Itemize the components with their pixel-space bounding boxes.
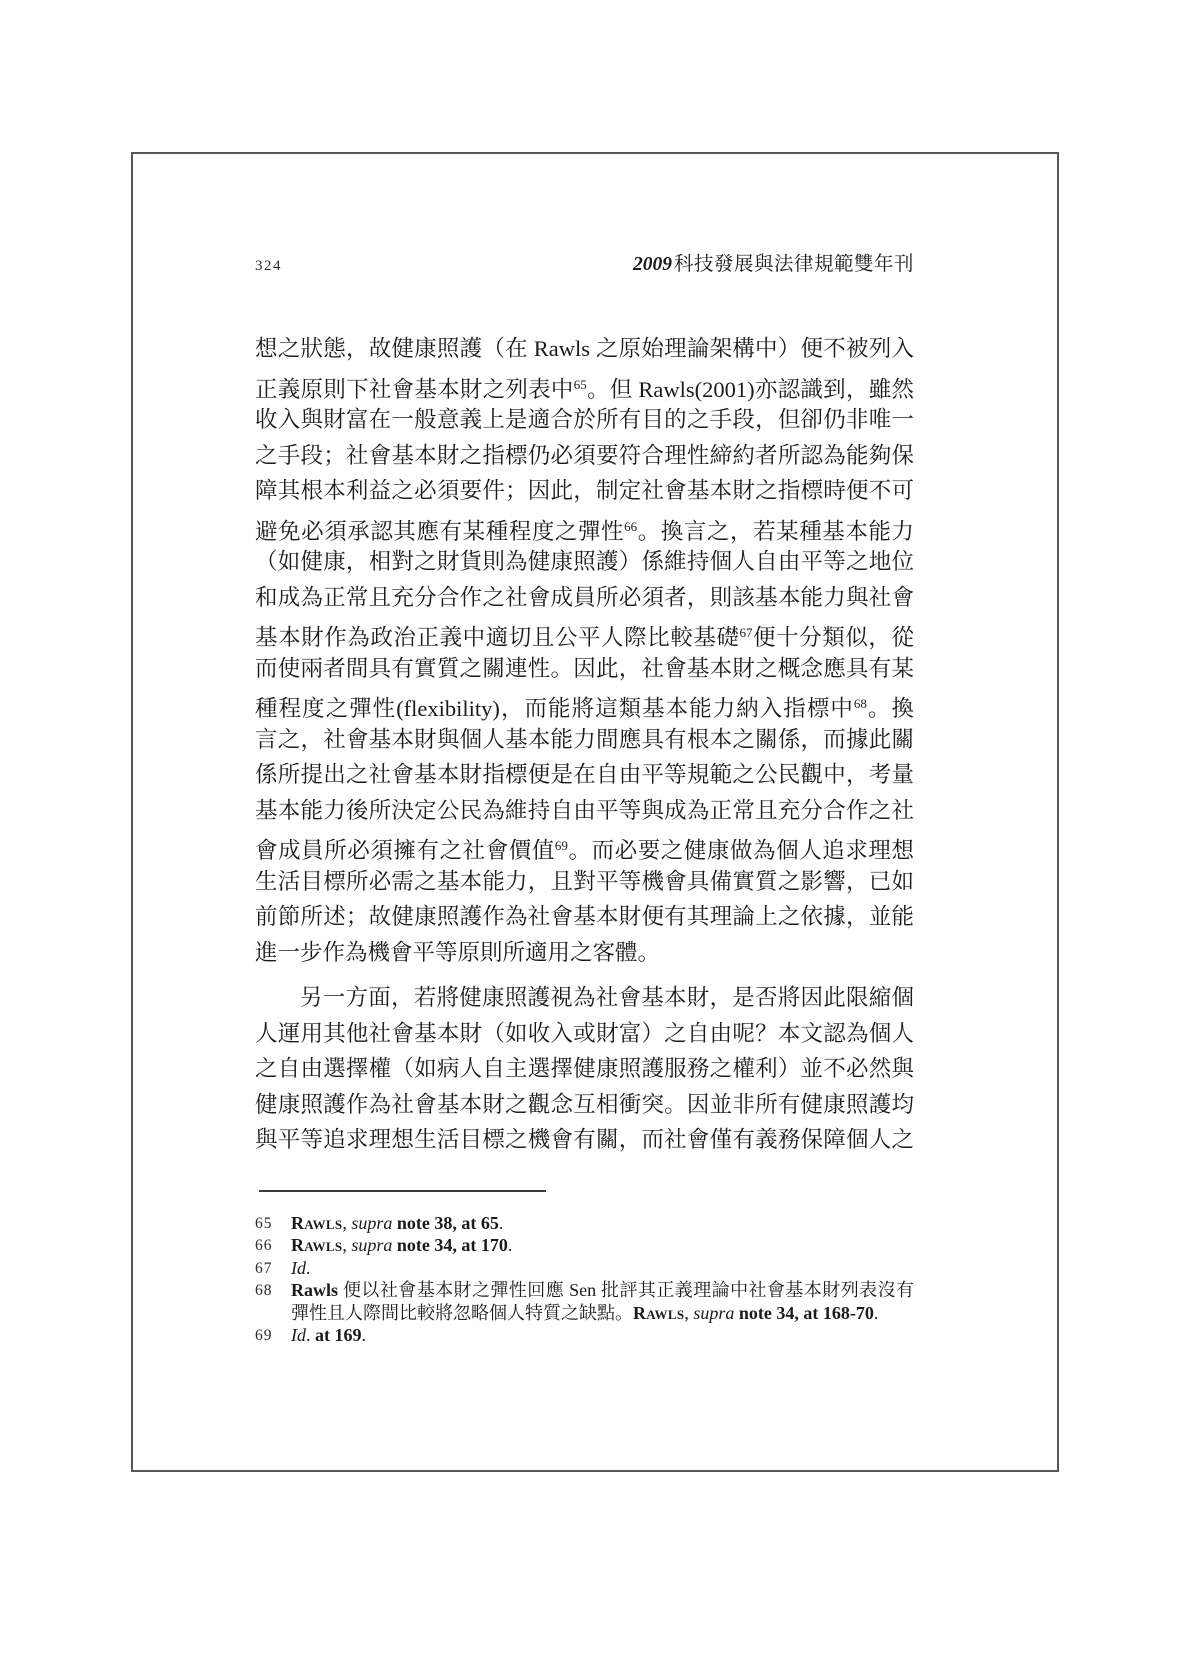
text-segment: 係所提出之社會基本財指標便是在自由平等規範之公民觀中，考量 xyxy=(255,762,914,787)
footnote-ref-68: 68 xyxy=(854,696,867,711)
footnote-ref-67: 67 xyxy=(739,625,752,640)
text-segment: 和成為正常且充分合作之社會成員所必須者，則該基本能力與社會 xyxy=(255,585,914,610)
scanned-document-page: 324 2009科技發展與法律規範雙年刊 想之狀態，故健康照護（在 Rawls … xyxy=(0,0,1177,1664)
footnote-67: 67Id. xyxy=(255,1257,914,1279)
text-line: 人運用其他社會基本財（如收入或財富）之自由呢？本文認為個人 xyxy=(255,1016,914,1052)
text-segment: Rawls xyxy=(633,1303,684,1323)
text-segment: 之手段；社會基本財之指標仍必須要符合理性締約者所認為能夠保 xyxy=(255,443,914,468)
paragraph-1: 想之狀態，故健康照護（在 Rawls 之原始理論架構中）便不被列入正義原則下社會… xyxy=(255,331,914,970)
text-segment: 人運用其他社會基本財（如收入或財富）之自由呢？本文認為個人 xyxy=(255,1021,914,1046)
text-segment: . xyxy=(362,1325,367,1345)
text-segment: note 34, at 170 xyxy=(397,1235,508,1255)
text-segment: 收入與財富在一般意義上是適合於所有目的之手段，但卻仍非唯一 xyxy=(255,407,914,432)
text-segment: Rawls xyxy=(291,1280,338,1300)
footnote-number: 67 xyxy=(255,1258,273,1280)
text-segment: 而使兩者間具有實質之關連性。因此，社會基本財之概念應具有某 xyxy=(255,656,914,681)
text-segment: 之原始理論架構中）便不被列入 xyxy=(590,336,914,361)
text-segment: Rawls xyxy=(291,1235,342,1255)
text-segment: 批評其正義理論中社會基本財列表沒有 xyxy=(596,1280,914,1300)
text-segment: 基本財作為政治正義中適切且公平人際比較基礎 xyxy=(255,625,739,650)
footnote-line: Id. xyxy=(291,1257,914,1279)
text-line: 想之狀態，故健康照護（在 Rawls 之原始理論架構中）便不被列入 xyxy=(255,331,914,367)
text-line: 種程度之彈性(flexibility)，而能將這類基本能力納入指標中68。換 xyxy=(255,686,914,722)
page-frame: 324 2009科技發展與法律規範雙年刊 想之狀態，故健康照護（在 Rawls … xyxy=(131,152,1059,1472)
text-line: 之手段；社會基本財之指標仍必須要符合理性締約者所認為能夠保 xyxy=(255,438,914,474)
text-segment: . xyxy=(499,1213,504,1233)
text-line: 言之，社會基本財與個人基本能力間應具有根本之關係，而據此關 xyxy=(255,722,914,758)
footnote-number: 69 xyxy=(255,1325,273,1347)
text-segment: . xyxy=(508,1235,513,1255)
page-number: 324 xyxy=(255,258,282,275)
text-segment: supra xyxy=(351,1235,392,1255)
text-segment: 。但 xyxy=(587,377,639,402)
text-segment: 與平等追求理想生活目標之機會有關，而社會僅有義務保障個人之 xyxy=(255,1127,914,1152)
text-line: 進一步作為機會平等原則所適用之客體。 xyxy=(255,935,914,971)
text-segment: , xyxy=(342,1235,351,1255)
text-segment: 正義原則下社會基本財之列表中 xyxy=(255,377,574,402)
text-segment: 亦認識到，雖然 xyxy=(755,377,914,402)
footnote-65: 65Rawls, supra note 38, at 65. xyxy=(255,1212,914,1234)
text-line: 基本財作為政治正義中適切且公平人際比較基礎67便十分類似，從 xyxy=(255,615,914,651)
text-segment: Rawls xyxy=(534,336,590,361)
text-segment: . xyxy=(874,1303,879,1323)
text-segment: 前節所述；故健康照護作為社會基本財便有其理論上之依據，並能 xyxy=(255,904,914,929)
text-segment: 種程度之彈性 xyxy=(255,696,396,721)
footnote-69: 69Id. at 169. xyxy=(255,1324,914,1346)
text-segment: Sen xyxy=(569,1280,596,1300)
text-line: 生活目標所必需之基本能力，且對平等機會具備實質之影響，已如 xyxy=(255,864,914,900)
text-segment: . xyxy=(306,1325,315,1345)
text-segment: 之自由選擇權（如病人自主選擇健康照護服務之權利）並不必然與 xyxy=(255,1056,914,1081)
body-text: 想之狀態，故健康照護（在 Rawls 之原始理論架構中）便不被列入正義原則下社會… xyxy=(255,331,914,1158)
text-line: 另一方面，若將健康照護視為社會基本財，是否將因此限縮個 xyxy=(255,980,914,1016)
text-segment: supra xyxy=(693,1303,734,1323)
text-segment: note 38, at 65 xyxy=(397,1213,499,1233)
text-segment: 基本能力後所決定公民為維持自由平等與成為正常且充分合作之社 xyxy=(255,798,914,823)
footnote-ref-69: 69 xyxy=(555,838,568,853)
text-segment: . xyxy=(306,1258,311,1278)
text-line: 避免必須承認其應有某種程度之彈性66。換言之，若某種基本能力 xyxy=(255,509,914,545)
text-segment: 言之，社會基本財與個人基本能力間應具有根本之關係，而據此關 xyxy=(255,727,914,752)
text-segment: Rawls(2001) xyxy=(638,377,754,402)
page-header: 324 2009科技發展與法律規範雙年刊 xyxy=(255,248,914,276)
text-line: 障其根本利益之必須要件；因此，制定社會基本財之指標時便不可 xyxy=(255,473,914,509)
text-line: 而使兩者間具有實質之關連性。因此，社會基本財之概念應具有某 xyxy=(255,651,914,687)
text-segment: 彈性且人際間比較將忽略個人特質之缺點。 xyxy=(291,1303,633,1323)
journal-name: 科技發展與法律規範雙年刊 xyxy=(674,254,914,275)
journal-year: 2009 xyxy=(633,254,672,275)
text-line: 正義原則下社會基本財之列表中65。但 Rawls(2001)亦認識到，雖然 xyxy=(255,367,914,403)
paragraph-2: 另一方面，若將健康照護視為社會基本財，是否將因此限縮個人運用其他社會基本財（如收… xyxy=(255,980,914,1158)
footnote-line: 彈性且人際間比較將忽略個人特質之缺點。Rawls, supra note 34,… xyxy=(291,1302,914,1324)
text-segment: 便十分類似，從 xyxy=(752,625,914,650)
text-segment: , xyxy=(684,1303,693,1323)
text-segment: Id xyxy=(291,1325,306,1345)
text-line: 之自由選擇權（如病人自主選擇健康照護服務之權利）並不必然與 xyxy=(255,1051,914,1087)
footnote-68: 68Rawls 便以社會基本財之彈性回應 Sen 批評其正義理論中社會基本財列表… xyxy=(255,1279,914,1324)
text-segment: 想之狀態，故健康照護（在 xyxy=(255,336,534,361)
footnote-line: Rawls 便以社會基本財之彈性回應 Sen 批評其正義理論中社會基本財列表沒有 xyxy=(291,1279,914,1301)
footnote-line: Id. at 169. xyxy=(291,1324,914,1346)
text-segment: 進一步作為機會平等原則所適用之客體。 xyxy=(255,940,660,965)
text-line: 與平等追求理想生活目標之機會有關，而社會僅有義務保障個人之 xyxy=(255,1122,914,1158)
text-line: 係所提出之社會基本財指標便是在自由平等規範之公民觀中，考量 xyxy=(255,757,914,793)
footnote-line: Rawls, supra note 38, at 65. xyxy=(291,1212,914,1234)
text-segment: at 169 xyxy=(315,1325,362,1345)
text-line: 和成為正常且充分合作之社會成員所必須者，則該基本能力與社會 xyxy=(255,580,914,616)
text-segment: （如健康，相對之財貨則為健康照護）係維持個人自由平等之地位 xyxy=(255,549,914,574)
text-segment: Id xyxy=(291,1258,306,1278)
footnote-number: 68 xyxy=(255,1280,273,1302)
text-line: 會成員所必須擁有之社會價值69。而必要之健康做為個人追求理想 xyxy=(255,828,914,864)
text-line: 健康照護作為社會基本財之觀念互相衝突。因並非所有健康照護均 xyxy=(255,1087,914,1123)
footnote-line: Rawls, supra note 34, at 170. xyxy=(291,1234,914,1256)
text-line: 基本能力後所決定公民為維持自由平等與成為正常且充分合作之社 xyxy=(255,793,914,829)
text-segment: 便以社會基本財之彈性回應 xyxy=(338,1280,569,1300)
footnote-separator xyxy=(259,1190,546,1192)
text-line: （如健康，相對之財貨則為健康照護）係維持個人自由平等之地位 xyxy=(255,544,914,580)
journal-title: 2009科技發展與法律規範雙年刊 xyxy=(633,248,914,276)
text-segment: 。而必要之健康做為個人追求理想 xyxy=(568,838,914,863)
footnote-number: 65 xyxy=(255,1213,273,1235)
footnote-66: 66Rawls, supra note 34, at 170. xyxy=(255,1234,914,1256)
text-segment: note 34, at 168-70 xyxy=(739,1303,874,1323)
text-line: 前節所述；故健康照護作為社會基本財便有其理論上之依據，並能 xyxy=(255,899,914,935)
footnote-number: 66 xyxy=(255,1235,273,1257)
text-line: 收入與財富在一般意義上是適合於所有目的之手段，但卻仍非唯一 xyxy=(255,402,914,438)
footnote-ref-66: 66 xyxy=(624,519,637,534)
text-segment: 健康照護作為社會基本財之觀念互相衝突。因並非所有健康照護均 xyxy=(255,1092,914,1117)
text-segment: , xyxy=(342,1213,351,1233)
text-segment: Rawls xyxy=(291,1213,342,1233)
text-segment: 生活目標所必需之基本能力，且對平等機會具備實質之影響，已如 xyxy=(255,869,914,894)
text-segment: 會成員所必須擁有之社會價值 xyxy=(255,838,555,863)
text-segment: ，而能將這類基本能力納入指標中 xyxy=(500,696,854,721)
text-segment: 。換 xyxy=(867,696,914,721)
footnote-ref-65: 65 xyxy=(574,377,587,392)
text-segment: supra xyxy=(351,1213,392,1233)
text-segment: 。換言之，若某種基本能力 xyxy=(637,519,914,544)
text-segment: 另一方面，若將健康照護視為社會基本財，是否將因此限縮個 xyxy=(300,985,914,1010)
text-segment: 避免必須承認其應有某種程度之彈性 xyxy=(255,519,624,544)
text-segment: (flexibility) xyxy=(396,696,500,721)
footnotes-section: 65Rawls, supra note 38, at 65.66Rawls, s… xyxy=(255,1212,914,1346)
text-segment: 障其根本利益之必須要件；因此，制定社會基本財之指標時便不可 xyxy=(255,478,914,503)
